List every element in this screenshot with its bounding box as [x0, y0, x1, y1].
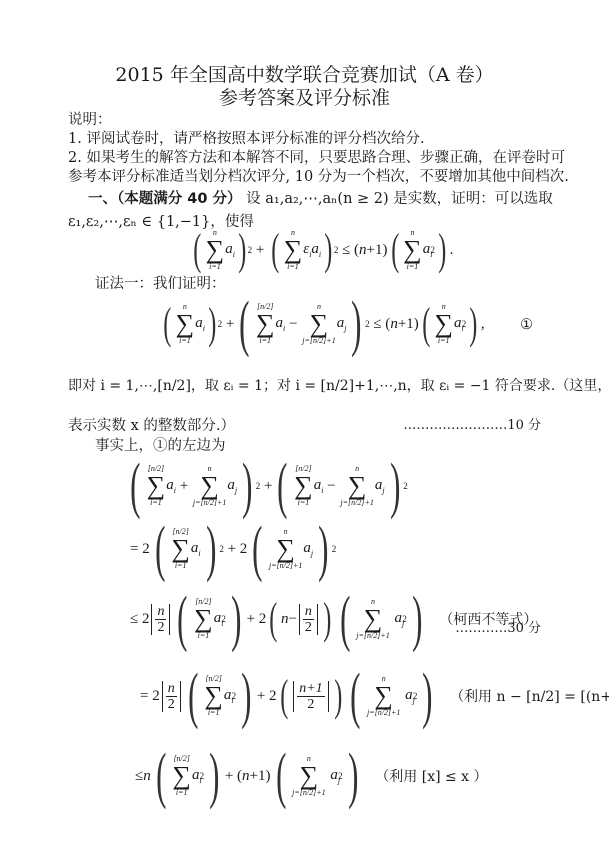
expansion-line-4: = 2n2([n/2]∑i=1ai2) + 2(n+12)(n∑j=[n/2]+… [140, 665, 609, 727]
choice-text-2: 表示实数 x 的整数部分.） [68, 414, 235, 435]
problem-label: 一、（本题满分 40 分） [88, 191, 242, 207]
equation-1: (n∑i=1ai)2 +([n/2]∑i=1ai − n∑j=[n/2]+1aj… [160, 293, 485, 355]
fact-text: 事实上，①的左边为 [95, 434, 226, 455]
note-3: 参考本评分标准适当划分档次评分, 10 分为一个档次，不要增加其他中间档次. [68, 165, 569, 186]
score-10: ……………………10 分 [403, 414, 541, 433]
note-2: 2. 如果考生的解答方法和本解答不同，只要思路合理、步骤正确，在评卷时可 [68, 146, 565, 167]
note-floor: （利用 [x] ≤ x ） [375, 766, 487, 786]
problem-statement: 一、（本题满分 40 分） 设 a₁,a₂,⋯,aₙ(n ≥ 2) 是实数，证明… [88, 187, 553, 208]
problem-text: 设 a₁,a₂,⋯,aₙ(n ≥ 2) 是实数，证明：可以选取 [246, 191, 553, 207]
expansion-line-1: ([n/2]∑i=1ai + n∑j=[n/2]+1aj)2 +([n/2]∑i… [125, 455, 408, 517]
score-30: …………30 分 [455, 617, 541, 636]
proof-heading: 证法一：我们证明： [95, 272, 226, 293]
expansion-line-5: ≤ n([n/2]∑i=1ai2) + (n+1)(n∑j=[n/2]+1 aj… [135, 745, 488, 807]
document-subtitle: 参考答案及评分标准 [0, 83, 609, 110]
note-identity: （利用 n − [n/2] = [(n+1)/2]） [450, 686, 609, 706]
problem-inequality: (n∑i=1ai)2 + (n∑i=1εiai)2 ≤ (n+1)(n∑i=1a… [190, 228, 453, 272]
expansion-line-2: = 2([n/2]∑i=1ai)2 + 2(n∑j=[n/2]+1aj)2 [130, 518, 336, 580]
choice-text-1: 即对 i = 1,⋯,[n/2]，取 εᵢ = 1；对 i = [n/2]+1,… [68, 375, 609, 395]
notes-heading: 说明： [68, 108, 112, 129]
note-1: 1. 评阅试卷时，请严格按照本评分标准的评分档次给分. [68, 127, 425, 148]
document-page: 2015 年全国高中数学联合竞赛加试（A 卷） 参考答案及评分标准 说明： 1.… [0, 0, 609, 850]
equation-1-marker: ① [520, 317, 533, 333]
